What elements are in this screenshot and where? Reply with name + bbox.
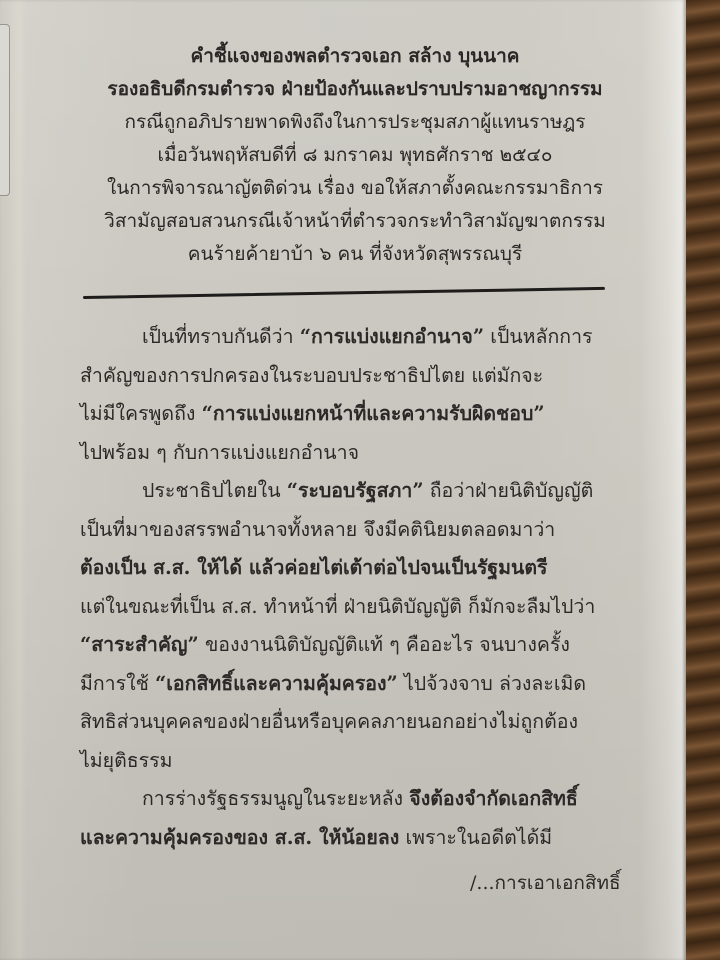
- text-line: ไม่ยุติธรรม: [80, 742, 620, 781]
- header-line: ในการพิจารณาญัตติด่วน เรื่อง ขอให้สภาตั้…: [60, 172, 650, 205]
- text-line: เป็นที่มาของสรรพอำนาจทั้งหลาย จึงมีคตินิ…: [80, 511, 620, 550]
- text-span: เพราะในอดีตได้มี: [399, 826, 552, 849]
- text-line: การร่างรัฐธรรมนูญในระยะหลัง จึงต้องจำกัด…: [80, 780, 620, 819]
- text-line: ไม่มีใครพูดถึง “การแบ่งแยกหน้าที่และความ…: [80, 395, 620, 434]
- header-date: เมื่อวันพฤหัสบดีที่ ๘ มกราคม พุทธศักราช …: [60, 139, 650, 172]
- text-line: “สาระสำคัญ” ของงานนิติบัญญัติแท้ ๆ คืออะ…: [80, 626, 620, 665]
- header-title: คำชี้แจงของพลตำรวจเอก สล้าง บุนนาค: [60, 40, 650, 73]
- text-span: ไม่มีใครพูดถึง: [80, 402, 202, 425]
- emphasis-span: และความคุ้มครองของ ส.ส. ให้น้อยลง: [80, 826, 399, 849]
- text-line: มีการใช้ “เอกสิทธิ์และความคุ้มครอง” ไปจ้…: [80, 665, 620, 704]
- text-span: ของงานนิติบัญญัติแท้ ๆ คืออะไร จนบางครั้…: [199, 633, 570, 656]
- emphasis-span: “การแบ่งแยกหน้าที่และความรับผิดชอบ”: [202, 402, 545, 425]
- previous-page-edge: [0, 24, 10, 196]
- text-span: ไปจ้วงจาบ ล่วงละเมิด: [398, 672, 586, 695]
- text-line: สิทธิส่วนบุคคลของฝ่ายอื่นหรือบุคคลภายนอก…: [80, 703, 620, 742]
- document-header: คำชี้แจงของพลตำรวจเอก สล้าง บุนนาค รองอธ…: [60, 40, 650, 271]
- document-body: เป็นที่ทราบกันดีว่า “การแบ่งแยกอำนาจ” เป…: [80, 318, 620, 857]
- text-line: ประชาธิปไตยใน “ระบอบรัฐสภา” ถือว่าฝ่ายนิ…: [80, 472, 620, 511]
- text-span: ถือว่าฝ่ายนิติบัญญัติ: [424, 479, 594, 502]
- header-line: กรณีถูกอภิปรายพาดพิงถึงในการประชุมสภาผู้…: [60, 106, 650, 139]
- text-span: เป็นหลักการ: [484, 325, 592, 348]
- continuation-note: /...การเอาเอกสิทธิ์: [470, 868, 621, 898]
- text-line-emphasis: ต้องเป็น ส.ส. ให้ได้ แล้วค่อยไต่เต้าต่อไ…: [80, 549, 620, 588]
- text-line: เป็นที่ทราบกันดีว่า “การแบ่งแยกอำนาจ” เป…: [80, 318, 620, 357]
- emphasis-span: จึงต้องจำกัดเอกสิทธิ์: [409, 787, 578, 810]
- text-span: การร่างรัฐธรรมนูญในระยะหลัง: [142, 787, 409, 810]
- text-span: ประชาธิปไตยใน: [142, 479, 287, 502]
- header-position: รองอธิบดีกรมตำรวจ ฝ่ายป้องกันและปราบปราม…: [60, 73, 650, 106]
- text-span: เป็นที่ทราบกันดีว่า: [142, 325, 300, 348]
- text-line: และความคุ้มครองของ ส.ส. ให้น้อยลง เพราะใ…: [80, 819, 620, 858]
- text-line: แต่ในขณะที่เป็น ส.ส. ทำหน้าที่ ฝ่ายนิติบ…: [80, 588, 620, 627]
- text-line: ไปพร้อม ๆ กับการแบ่งแยกอำนาจ: [80, 434, 620, 473]
- emphasis-span: “ระบอบรัฐสภา”: [287, 479, 424, 502]
- header-line: คนร้ายค้ายาบ้า ๖ คน ที่จังหวัดสุพรรณบุรี: [60, 238, 650, 271]
- emphasis-span: “สาระสำคัญ”: [80, 633, 199, 656]
- text-line: สำคัญของการปกครองในระบอบประชาธิปไตย แต่ม…: [80, 357, 620, 396]
- emphasis-span: “การแบ่งแยกอำนาจ”: [300, 325, 484, 348]
- text-span: มีการใช้: [80, 672, 155, 695]
- emphasis-span: “เอกสิทธิ์และความคุ้มครอง”: [155, 672, 398, 695]
- header-line: วิสามัญสอบสวนกรณีเจ้าหน้าที่ตำรวจกระทำวิ…: [60, 205, 650, 238]
